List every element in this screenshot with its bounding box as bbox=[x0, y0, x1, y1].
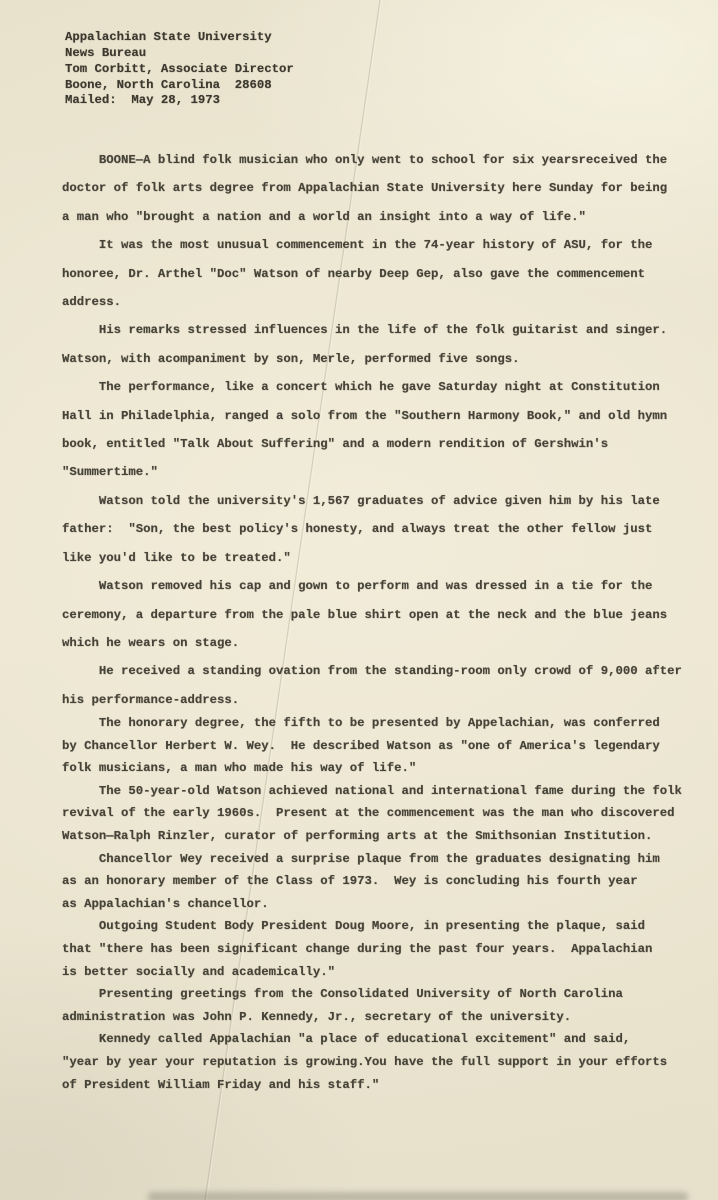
typed-line: that "there has been significant change … bbox=[62, 938, 682, 961]
typed-line: doctor of folk arts degree from Appalach… bbox=[62, 174, 682, 202]
scan-shadow-smudge bbox=[148, 1192, 688, 1200]
typed-line: The 50-year-old Watson achieved national… bbox=[62, 780, 682, 803]
typed-line: Watson—Ralph Rinzler, curator of perform… bbox=[62, 825, 682, 848]
typed-line: is better socially and academically." bbox=[62, 961, 682, 984]
letterhead-line: News Bureau bbox=[65, 46, 294, 62]
typed-line: like you'd like to be treated." bbox=[62, 544, 682, 572]
typed-line: Kennedy called Appalachian "a place of e… bbox=[62, 1028, 682, 1051]
typed-line: a man who "brought a nation and a world … bbox=[62, 203, 682, 231]
typed-line: Outgoing Student Body President Doug Moo… bbox=[62, 915, 682, 938]
body-section-double-spaced: BOONE—A blind folk musician who only wen… bbox=[62, 146, 682, 714]
letterhead-line: Mailed: May 28, 1973 bbox=[65, 93, 294, 109]
typed-line: The performance, like a concert which he… bbox=[62, 373, 682, 401]
typed-line: address. bbox=[62, 288, 682, 316]
typed-line: It was the most unusual commencement in … bbox=[62, 231, 682, 259]
letterhead-line: Appalachian State University bbox=[65, 30, 294, 46]
typed-line: his performance-address. bbox=[62, 686, 682, 714]
typed-line: Watson told the university's 1,567 gradu… bbox=[62, 487, 682, 515]
typed-line: by Chancellor Herbert W. Wey. He describ… bbox=[62, 735, 682, 758]
typed-line: Presenting greetings from the Consolidat… bbox=[62, 983, 682, 1006]
typed-line: honoree, Dr. Arthel "Doc" Watson of near… bbox=[62, 260, 682, 288]
letterhead: Appalachian State UniversityNews BureauT… bbox=[65, 30, 294, 109]
typed-line: "year by year your reputation is growing… bbox=[62, 1051, 682, 1074]
typed-line: which he wears on stage. bbox=[62, 629, 682, 657]
letterhead-line: Tom Corbitt, Associate Director bbox=[65, 62, 294, 78]
typed-line: BOONE—A blind folk musician who only wen… bbox=[62, 146, 682, 174]
typed-line: book, entitled "Talk About Suffering" an… bbox=[62, 430, 682, 458]
typed-line: as an honorary member of the Class of 19… bbox=[62, 870, 682, 893]
typed-line: Watson, with acompaniment by son, Merle,… bbox=[62, 345, 682, 373]
typed-line: "Summertime." bbox=[62, 458, 682, 486]
typed-line: The honorary degree, the fifth to be pre… bbox=[62, 712, 682, 735]
typed-line: father: "Son, the best policy's honesty,… bbox=[62, 515, 682, 543]
typed-line: folk musicians, a man who made his way o… bbox=[62, 757, 682, 780]
typed-line: as Appalachian's chancellor. bbox=[62, 893, 682, 916]
typed-line: Watson removed his cap and gown to perfo… bbox=[62, 572, 682, 600]
typed-line: administration was John P. Kennedy, Jr.,… bbox=[62, 1006, 682, 1029]
typed-line: His remarks stressed influences in the l… bbox=[62, 316, 682, 344]
scanned-press-release: { "document": { "kind": "typewritten pre… bbox=[0, 0, 718, 1200]
typed-line: ceremony, a departure from the pale blue… bbox=[62, 601, 682, 629]
typed-line: Chancellor Wey received a surprise plaqu… bbox=[62, 848, 682, 871]
typed-line: Hall in Philadelphia, ranged a solo from… bbox=[62, 402, 682, 430]
typed-line: revival of the early 1960s. Present at t… bbox=[62, 802, 682, 825]
typed-line: of President William Friday and his staf… bbox=[62, 1074, 682, 1097]
typed-line: He received a standing ovation from the … bbox=[62, 657, 682, 685]
letterhead-line: Boone, North Carolina 28608 bbox=[65, 78, 294, 94]
body-section-single-spaced: The honorary degree, the fifth to be pre… bbox=[62, 712, 682, 1096]
